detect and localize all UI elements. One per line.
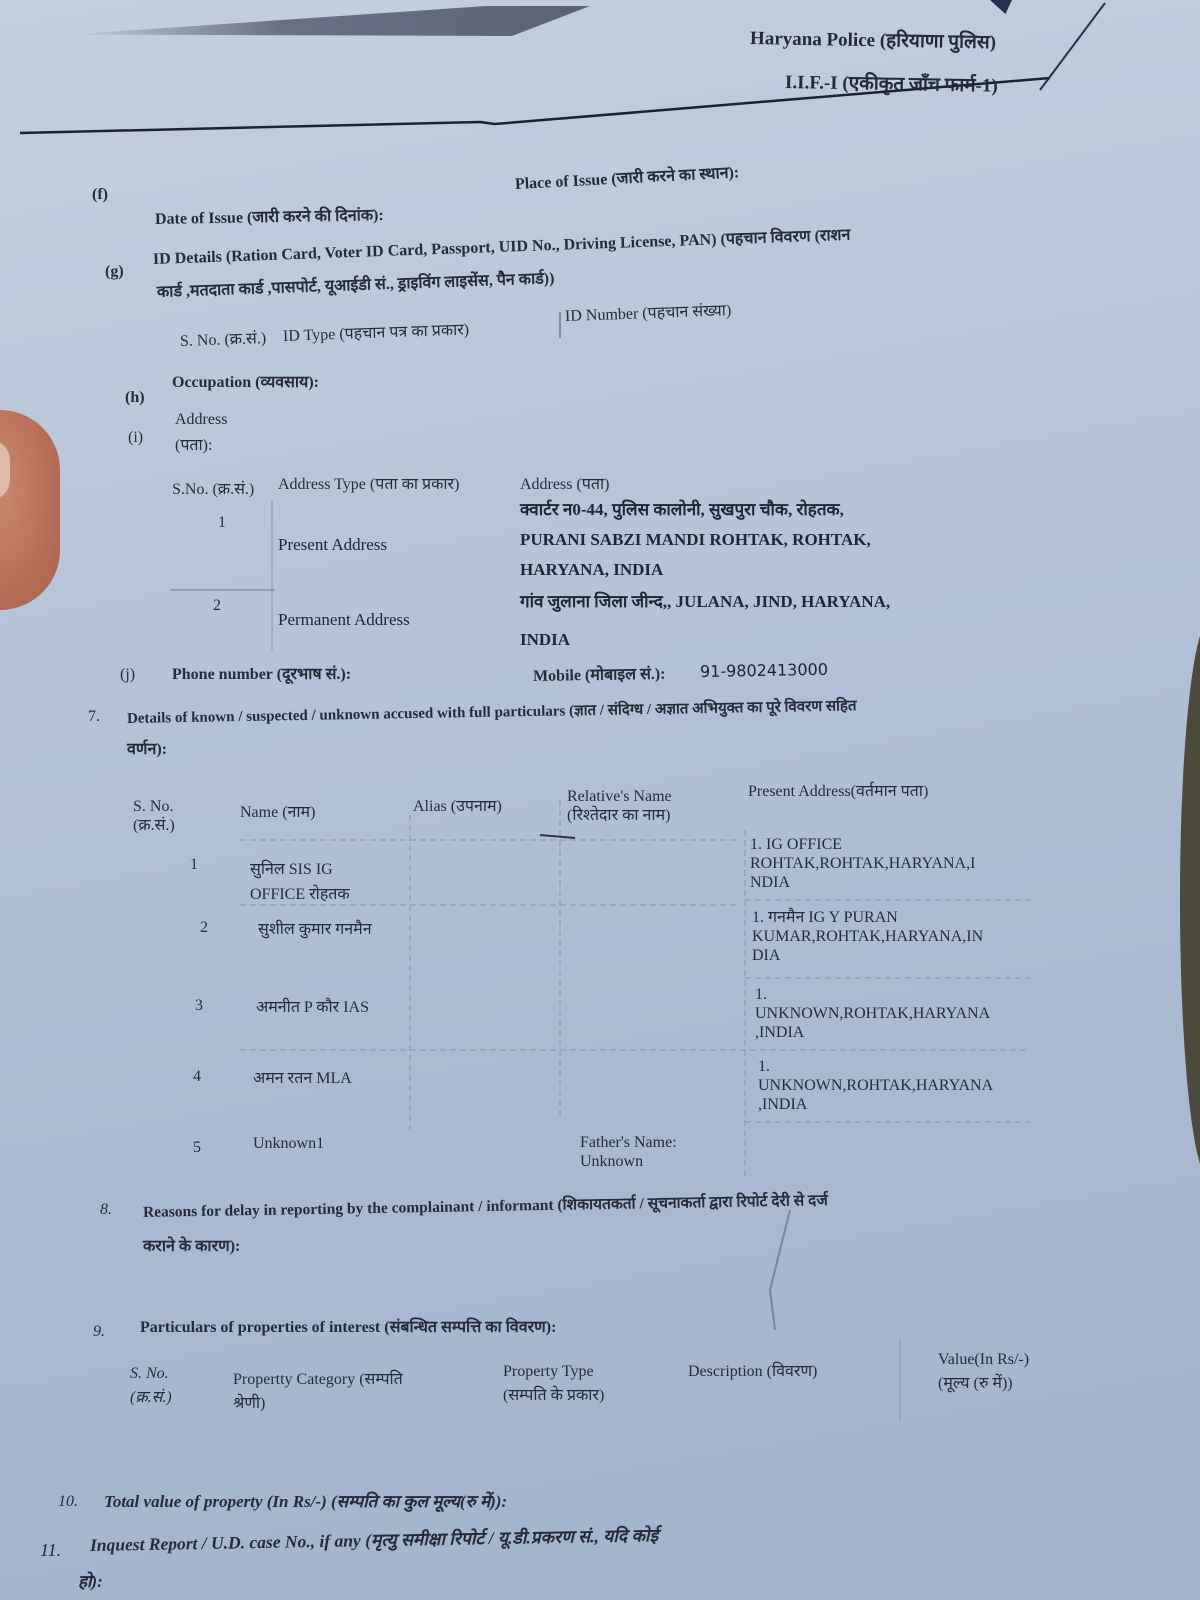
phone-label: Phone number (दूरभाष सं.):: [172, 665, 351, 684]
prop-col-value: Value(In Rs/-) (मूल्य (रु में)): [938, 1348, 1029, 1396]
form-title: I.I.F.-I (एकीकृत जाँच फार्म-1): [785, 72, 998, 99]
accused-name: सुनिल SIS IG OFFICE रोहतक: [250, 858, 350, 908]
addr-row-line: क्वार्टर न0-44, पुलिस कालोनी, सुखपुरा चौ…: [520, 500, 844, 520]
accused-relative: Father's Name: Unknown: [580, 1133, 677, 1171]
accused-sno: 5: [193, 1138, 201, 1157]
accused-col-alias: Alias (उपनाम): [413, 797, 502, 816]
accused-name: अमनीत P कौर IAS: [256, 998, 369, 1017]
section-9-number: 9.: [93, 1322, 105, 1341]
addr-row-line: HARYANA, INDIA: [520, 560, 663, 580]
addr-row-line: INDIA: [520, 630, 570, 650]
addr-col-type: Address Type (पता का प्रकार): [278, 475, 459, 494]
prop-col-description: Description (विवरण): [688, 1362, 817, 1381]
id-col-sno: S. No. (क्र.सं.): [180, 329, 267, 351]
mobile-number: 91-9802413000: [700, 660, 828, 681]
accused-col-relative: Relative's Name (रिश्तेदार का नाम): [567, 787, 672, 825]
accused-sno: 4: [193, 1067, 201, 1086]
section-j-marker: (j): [120, 665, 135, 684]
accused-name: Unknown1: [253, 1134, 324, 1153]
accused-col-sno: S. No. (क्र.सं.): [133, 797, 175, 835]
section-f-marker: (f): [92, 185, 108, 204]
accused-sno: 2: [200, 918, 208, 937]
accused-details-label-cont: वर्णन):: [127, 740, 167, 759]
prop-col-category: Propertty Category (सम्पति श्रेणी): [233, 1368, 403, 1416]
addr-row-sno: 1: [218, 513, 226, 532]
prop-col-type: Property Type (सम्पति के प्रकार): [503, 1360, 604, 1408]
mobile-label: Mobile (मोबाइल सं.):: [533, 665, 666, 686]
section-7-number: 7.: [88, 707, 100, 726]
addr-row-line: PURANI SABZI MANDI ROHTAK, ROHTAK,: [520, 530, 871, 550]
accused-sno: 3: [195, 996, 203, 1015]
section-11-number: 11.: [40, 1540, 61, 1562]
section-h-marker: (h): [125, 388, 145, 407]
accused-name: अमन रतन MLA: [253, 1069, 352, 1088]
section-g-marker: (g): [105, 262, 124, 281]
accused-address: 1. IG OFFICE ROHTAK,ROHTAK,HARYANA,I NDI…: [750, 835, 975, 893]
accused-sno: 1: [190, 855, 198, 874]
address-label-hindi: (पता):: [175, 436, 212, 455]
total-value-label: Total value of property (In Rs/-) (सम्पत…: [104, 1492, 507, 1512]
delay-reasons-label-cont: कराने के कारण):: [143, 1237, 240, 1256]
addr-col-address: Address (पता): [520, 475, 609, 494]
date-of-issue-label: Date of Issue (जारी करने की दिनांक):: [155, 206, 384, 229]
section-8-number: 8.: [100, 1200, 112, 1219]
addr-col-sno: S.No. (क्र.सं.): [172, 480, 254, 499]
inquest-report-label-cont: हो):: [78, 1572, 103, 1592]
accused-address: 1. UNKNOWN,ROHTAK,HARYANA ,INDIA: [755, 985, 990, 1043]
accused-col-name: Name (नाम): [240, 803, 315, 822]
address-label: Address: [175, 410, 227, 429]
accused-name: सुशील कुमार गनमैन: [258, 920, 372, 939]
accused-col-address: Present Address(वर्तमान पता): [748, 782, 928, 801]
accused-address: 1. गनमैन IG Y PURAN KUMAR,ROHTAK,HARYANA…: [752, 908, 983, 966]
section-10-number: 10.: [58, 1492, 78, 1511]
occupation-label: Occupation (व्यवसाय):: [172, 373, 319, 392]
finger: [0, 410, 60, 610]
org-title: Haryana Police (हरियाणा पुलिस): [750, 28, 996, 55]
accused-address: 1. UNKNOWN,ROHTAK,HARYANA ,INDIA: [758, 1057, 993, 1115]
addr-row-sno: 2: [213, 596, 221, 615]
addr-row-type: Present Address: [278, 535, 387, 555]
properties-label: Particulars of properties of interest (स…: [140, 1318, 556, 1337]
addr-row-line: गांव जुलाना जिला जीन्द,, JULANA, JIND, H…: [520, 592, 890, 612]
prop-col-sno: S. No. (क्र.सं.): [130, 1362, 172, 1410]
section-i-marker: (i): [128, 428, 143, 447]
addr-row-type: Permanent Address: [278, 610, 410, 630]
